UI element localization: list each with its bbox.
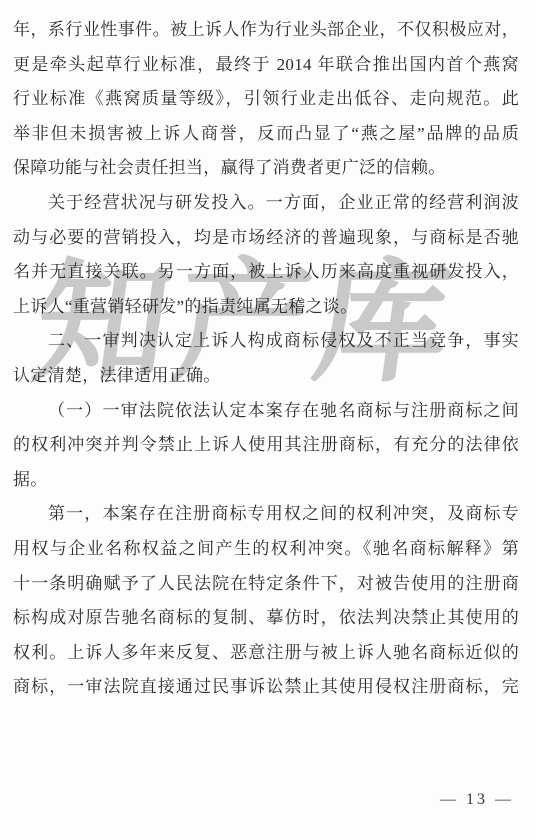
body-line: 上诉人“重营销轻研发”的指责纯属无稽之谈。: [13, 290, 519, 325]
body-line: 年，系行业性事件。被上诉人作为行业头部企业，不仅积极应对，: [13, 13, 519, 48]
body-line: 举非但未损害被上诉人商誉，反而凸显了“燕之屋”品牌的品质: [13, 117, 519, 152]
body-line: 的权利冲突并判令禁止上诉人使用其注册商标，有充分的法律依: [13, 428, 519, 463]
body-line: 认定清楚，法律适用正确。: [13, 359, 519, 394]
document-text: 年，系行业性事件。被上诉人作为行业头部企业，不仅积极应对，更是牵头起草行业标准，…: [13, 13, 519, 705]
body-line: 更是牵头起草行业标准，最终于 2014 年联合推出国内首个燕窝: [13, 48, 519, 83]
body-line: 用权与企业名称权益之间产生的权利冲突。《驰名商标解释》第: [13, 532, 519, 567]
body-line: 二、一审判决认定上诉人构成商标侵权及不正当竞争，事实: [13, 324, 519, 359]
body-line: 保障功能与社会责任担当，赢得了消费者更广泛的信赖。: [13, 151, 519, 186]
body-line: 第一，本案存在注册商标专用权之间的权利冲突，及商标专: [13, 497, 519, 532]
body-line: 据。: [13, 463, 519, 498]
body-line: 商标，一审法院直接通过民事诉讼禁止其使用侵权注册商标，完: [13, 670, 519, 705]
body-line: 十一条明确赋予了人民法院在特定条件下，对被告使用的注册商: [13, 567, 519, 602]
body-line: 行业标准《燕窝质量等级》，引领行业走出低谷、走向规范。此: [13, 82, 519, 117]
body-line: 名并无直接关联。另一方面，被上诉人历来高度重视研发投入，: [13, 255, 519, 290]
body-line: 标构成对原告驰名商标的复制、摹仿时，依法判决禁止其使用的: [13, 601, 519, 636]
body-line: （一）一审法院依法认定本案存在驰名商标与注册商标之间: [13, 394, 519, 429]
body-line: 动与必要的营销投入，均是市场经济的普遍现象，与商标是否驰: [13, 221, 519, 256]
body-line: 权利。上诉人多年来反复、恶意注册与被上诉人驰名商标近似的: [13, 636, 519, 671]
page-number: — 13 —: [440, 791, 514, 809]
document-page: 知产库 年，系行业性事件。被上诉人作为行业头部企业，不仅积极应对，更是牵头起草行…: [0, 0, 536, 839]
body-line: 关于经营状况与研发投入。一方面，企业正常的经营利润波: [13, 186, 519, 221]
